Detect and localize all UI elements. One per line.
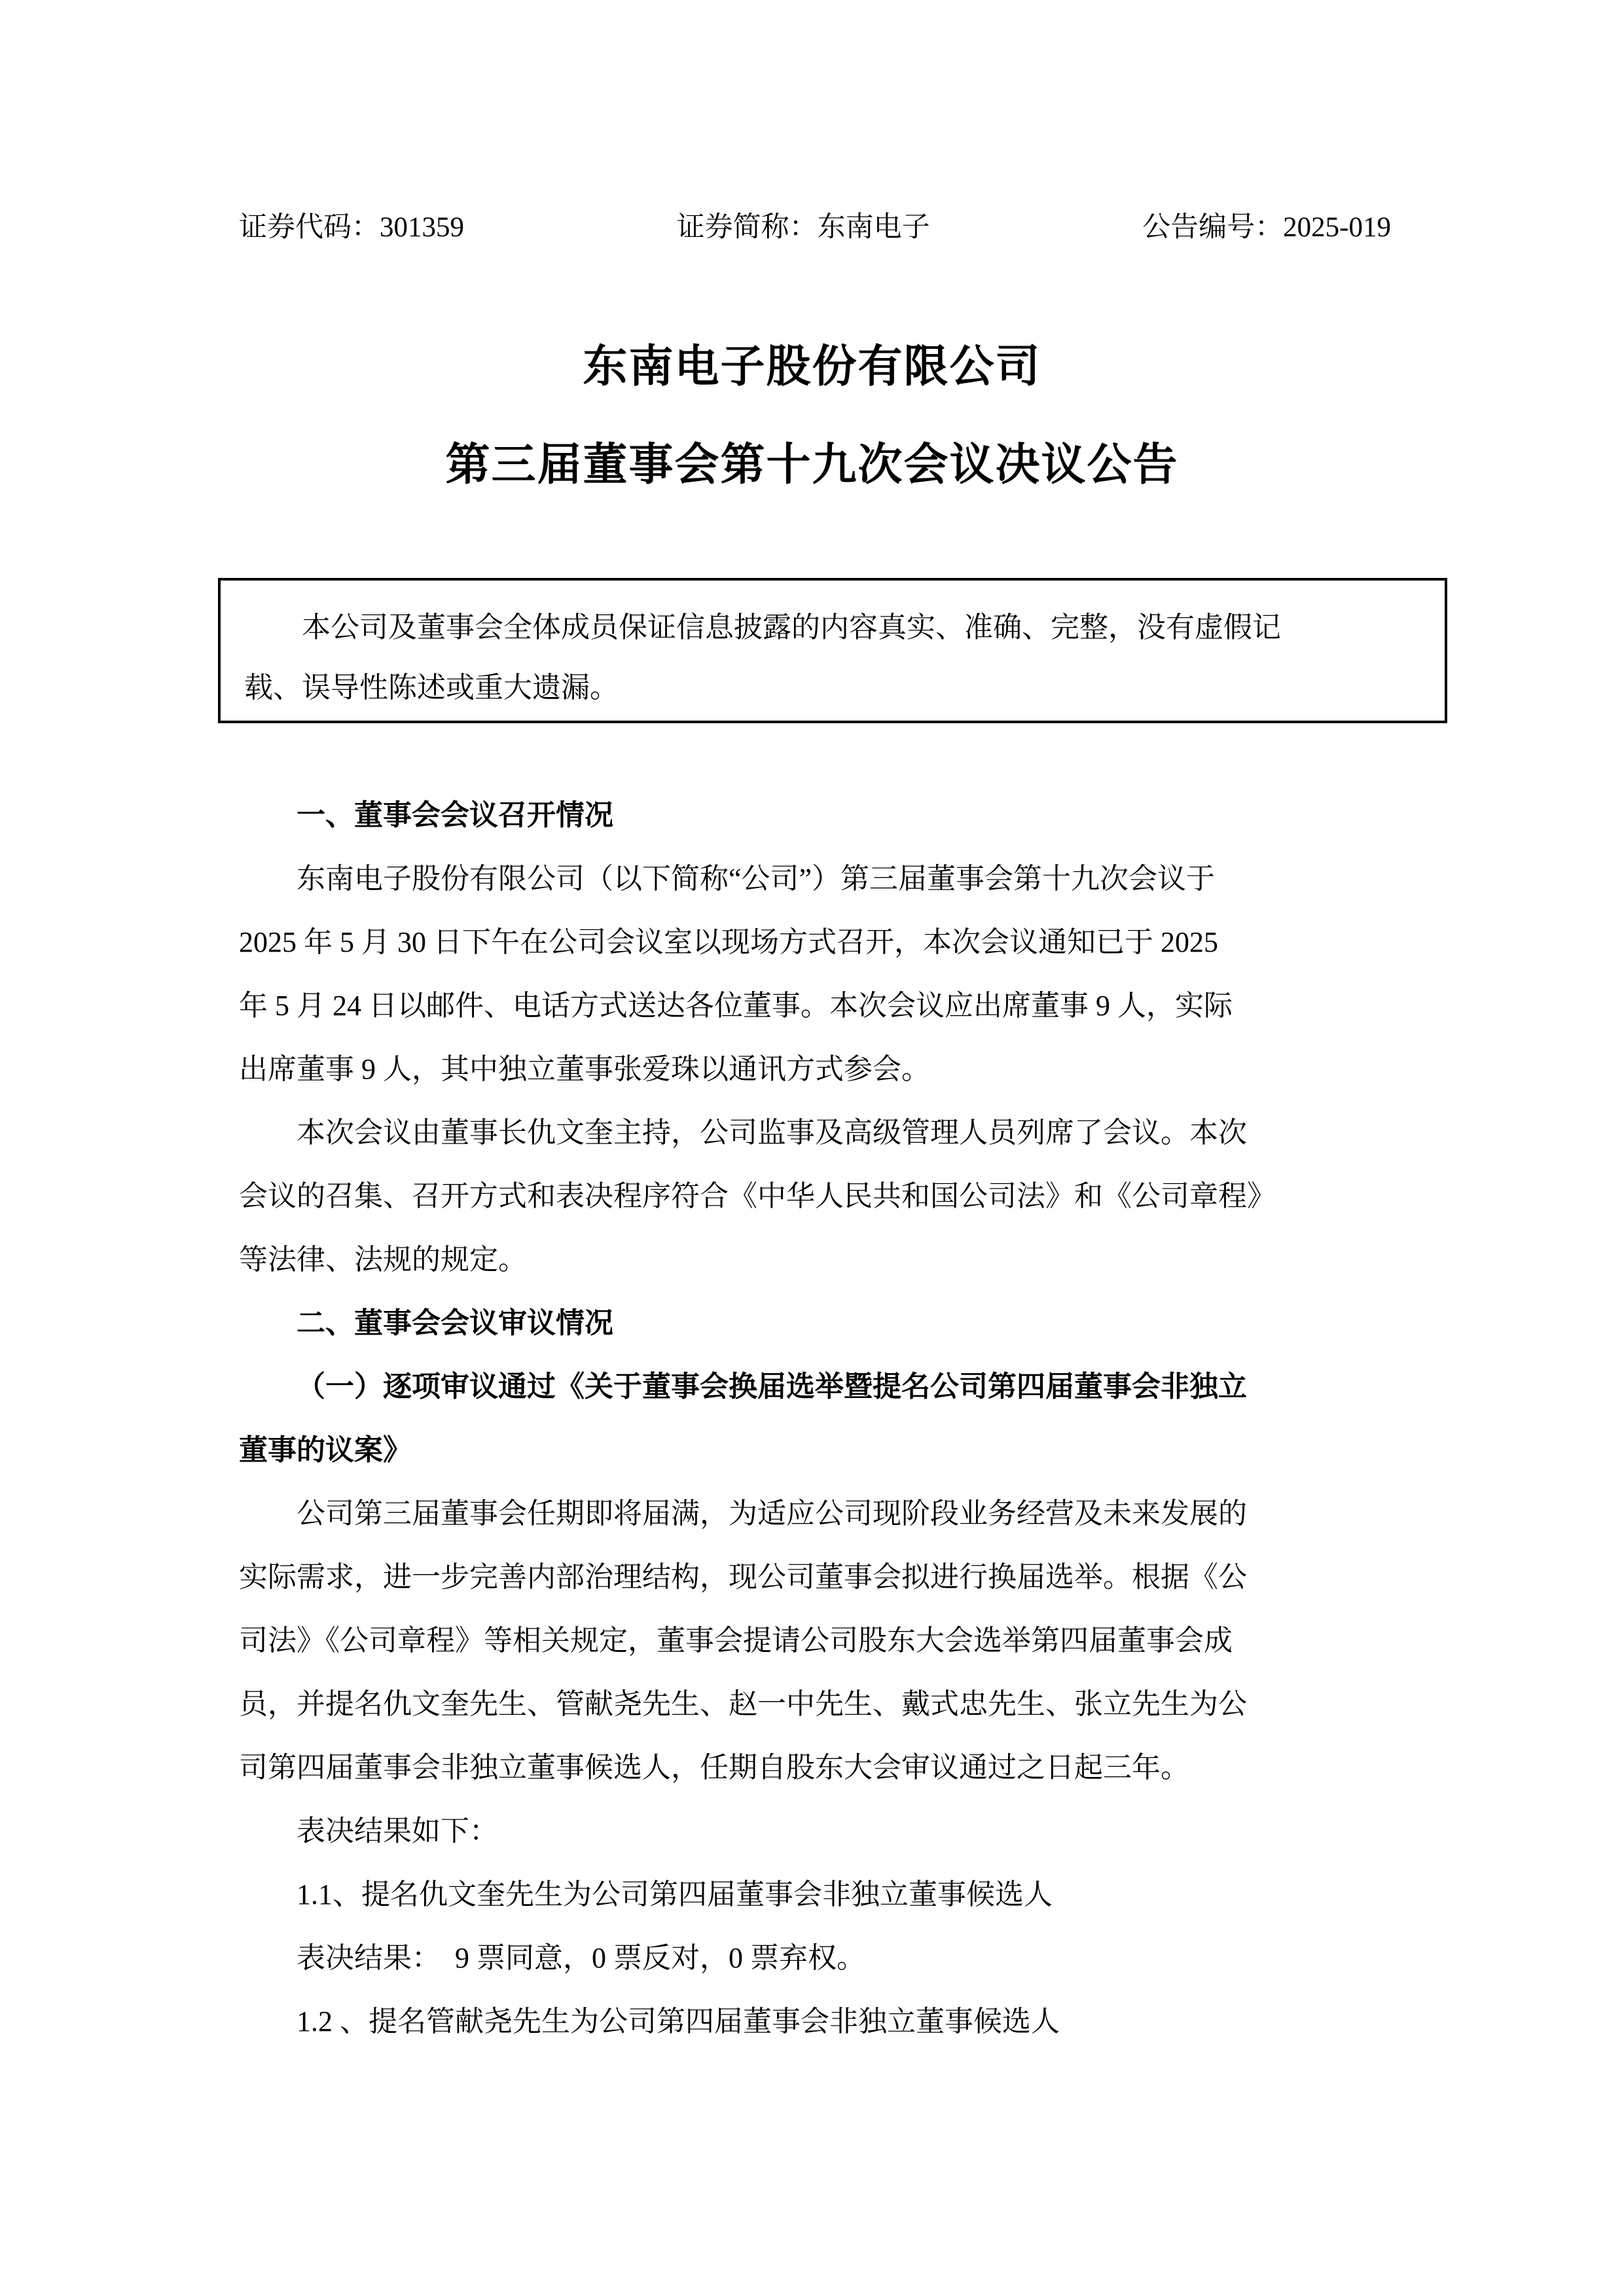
vote-results-intro: 表决结果如下： bbox=[239, 1799, 1391, 1863]
document-body: 一、董事会会议召开情况 东南电子股份有限公司（以下简称“公司”）第三届董事会第十… bbox=[239, 783, 1391, 2053]
vote-result-line: 表决结果： 9 票同意，0 票反对，0 票弃权。 bbox=[239, 1926, 1391, 1990]
nominee-1-1-line: 1.1、提名仇文奎先生为公司第四届董事会非独立董事候选人 bbox=[239, 1863, 1391, 1926]
disclaimer-line: 本公司及董事会全体成员保证信息披露的内容真实、准确、完整，没有虚假记 bbox=[244, 598, 1421, 658]
disclaimer-box: 本公司及董事会全体成员保证信息披露的内容真实、准确、完整，没有虚假记 载、误导性… bbox=[218, 578, 1447, 723]
stock-code: 证券代码：301359 bbox=[239, 209, 464, 246]
section-two-heading: 二、董事会会议审议情况 bbox=[239, 1291, 1391, 1355]
announcement-title: 第三届董事会第十九次会议决议公告 bbox=[0, 433, 1624, 496]
convening-para-line: 2025 年 5 月 30 日下午在公司会议室以现场方式召开，本次会议通知已于 … bbox=[239, 910, 1391, 974]
announcement-number: 公告编号：2025-019 bbox=[1142, 209, 1391, 246]
proposal-para-line: 司第四届董事会非独立董事候选人，任期自股东大会审议通过之日起三年。 bbox=[239, 1736, 1391, 1799]
convening-para-line: 东南电子股份有限公司（以下简称“公司”）第三届董事会第十九次会议于 bbox=[239, 847, 1391, 910]
presiding-para-line: 会议的召集、召开方式和表决程序符合《中华人民共和国公司法》和《公司章程》 bbox=[239, 1164, 1391, 1228]
section-one-heading: 一、董事会会议召开情况 bbox=[239, 783, 1391, 847]
presiding-para-line: 本次会议由董事长仇文奎主持，公司监事及高级管理人员列席了会议。本次 bbox=[239, 1101, 1391, 1164]
disclaimer-line: 载、误导性陈述或重大遗漏。 bbox=[244, 658, 1421, 718]
item-one-heading-line: 董事的议案》 bbox=[239, 1418, 1391, 1482]
item-one-heading-line: （一）逐项审议通过《关于董事会换届选举暨提名公司第四届董事会非独立 bbox=[239, 1355, 1391, 1418]
proposal-para-line: 实际需求，进一步完善内部治理结构，现公司董事会拟进行换届选举。根据《公 bbox=[239, 1545, 1391, 1609]
document-page: 证券代码：301359 证券简称：东南电子 公告编号：2025-019 东南电子… bbox=[0, 0, 1624, 2296]
convening-para-line: 年 5 月 24 日以邮件、电话方式送达各位董事。本次会议应出席董事 9 人，实… bbox=[239, 974, 1391, 1037]
convening-para-line: 出席董事 9 人，其中独立董事张爱珠以通讯方式参会。 bbox=[239, 1037, 1391, 1101]
proposal-para-line: 员，并提名仇文奎先生、管献尧先生、赵一中先生、戴式忠先生、张立先生为公 bbox=[239, 1672, 1391, 1736]
presiding-para-line: 等法律、法规的规定。 bbox=[239, 1228, 1391, 1291]
proposal-para-line: 公司第三届董事会任期即将届满，为适应公司现阶段业务经营及未来发展的 bbox=[239, 1482, 1391, 1545]
company-title: 东南电子股份有限公司 bbox=[0, 335, 1624, 398]
document-header-row: 证券代码：301359 证券简称：东南电子 公告编号：2025-019 bbox=[239, 209, 1391, 246]
stock-short-name: 证券简称：东南电子 bbox=[677, 209, 930, 246]
proposal-para-line: 司法》《公司章程》等相关规定，董事会提请公司股东大会选举第四届董事会成 bbox=[239, 1609, 1391, 1672]
nominee-1-2-line: 1.2 、提名管献尧先生为公司第四届董事会非独立董事候选人 bbox=[239, 1990, 1391, 2053]
